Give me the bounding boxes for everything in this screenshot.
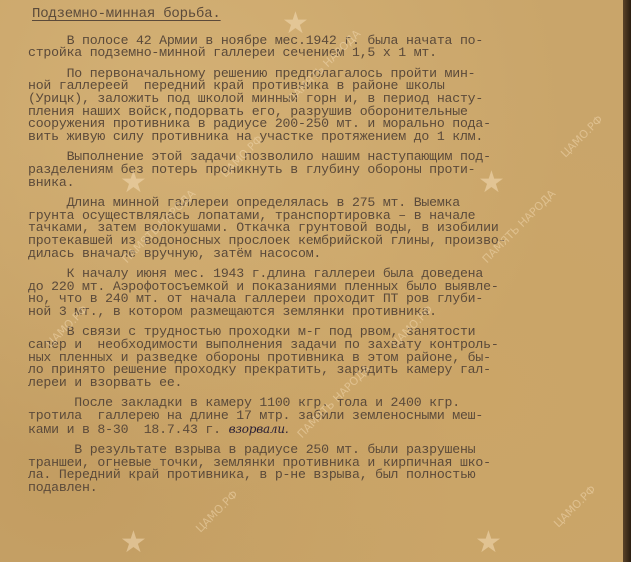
text-line: вить живую силу противника на участке пр… bbox=[28, 131, 613, 144]
typed-fragment: ками и в 8-30 18.7.43 г. bbox=[28, 422, 229, 437]
paragraph-8: В результате взрыва в радиусе 250 мт. бы… bbox=[28, 444, 613, 494]
document-page: Подземно-минная борьба. В полосе 42 Арми… bbox=[0, 0, 631, 562]
text-line: ла. Передний край противника, в р-не взр… bbox=[28, 469, 613, 482]
paragraph-4: Длина минной галлереи определялась в 275… bbox=[28, 197, 613, 260]
text-line: лереи и взорвать ее. bbox=[28, 377, 613, 390]
paragraph-2: По первоначальному решению предполагалос… bbox=[28, 68, 613, 144]
text-line: стройка подземно-минной галлереи сечение… bbox=[28, 47, 613, 60]
paragraph-1: В полосе 42 Армии в ноябре мес.1942 г. б… bbox=[28, 35, 613, 60]
text-line: дилась вначале вручную, затём насосом. bbox=[28, 248, 613, 261]
paragraph-6: В связи с трудностью проходки м-г под рв… bbox=[28, 326, 613, 389]
text-line: ной 3 мт., в котором размещаются землянк… bbox=[28, 306, 613, 319]
text-line: ками и в 8-30 18.7.43 г. взорвали. bbox=[28, 423, 613, 437]
scan-edge bbox=[623, 0, 631, 562]
paragraph-3: Выполнение этой задачи позволило нашим н… bbox=[28, 151, 613, 189]
text-line: подавлен. bbox=[28, 482, 613, 495]
paragraph-7: После закладки в камеру 1100 кгр. тола и… bbox=[28, 397, 613, 436]
handwritten-insert: взорвали. bbox=[229, 422, 289, 436]
document-title: Подземно-минная борьба. bbox=[32, 8, 613, 21]
paragraph-5: К началу июня мес. 1943 г.длина галлереи… bbox=[28, 268, 613, 318]
text-line: вника. bbox=[28, 177, 613, 190]
star-watermark-icon: ★ bbox=[120, 525, 147, 560]
star-watermark-icon: ★ bbox=[475, 525, 502, 560]
text-line: разделениям без потерь проникнуть в глуб… bbox=[28, 164, 613, 177]
document-body: Подземно-минная борьба. В полосе 42 Арми… bbox=[28, 8, 613, 503]
